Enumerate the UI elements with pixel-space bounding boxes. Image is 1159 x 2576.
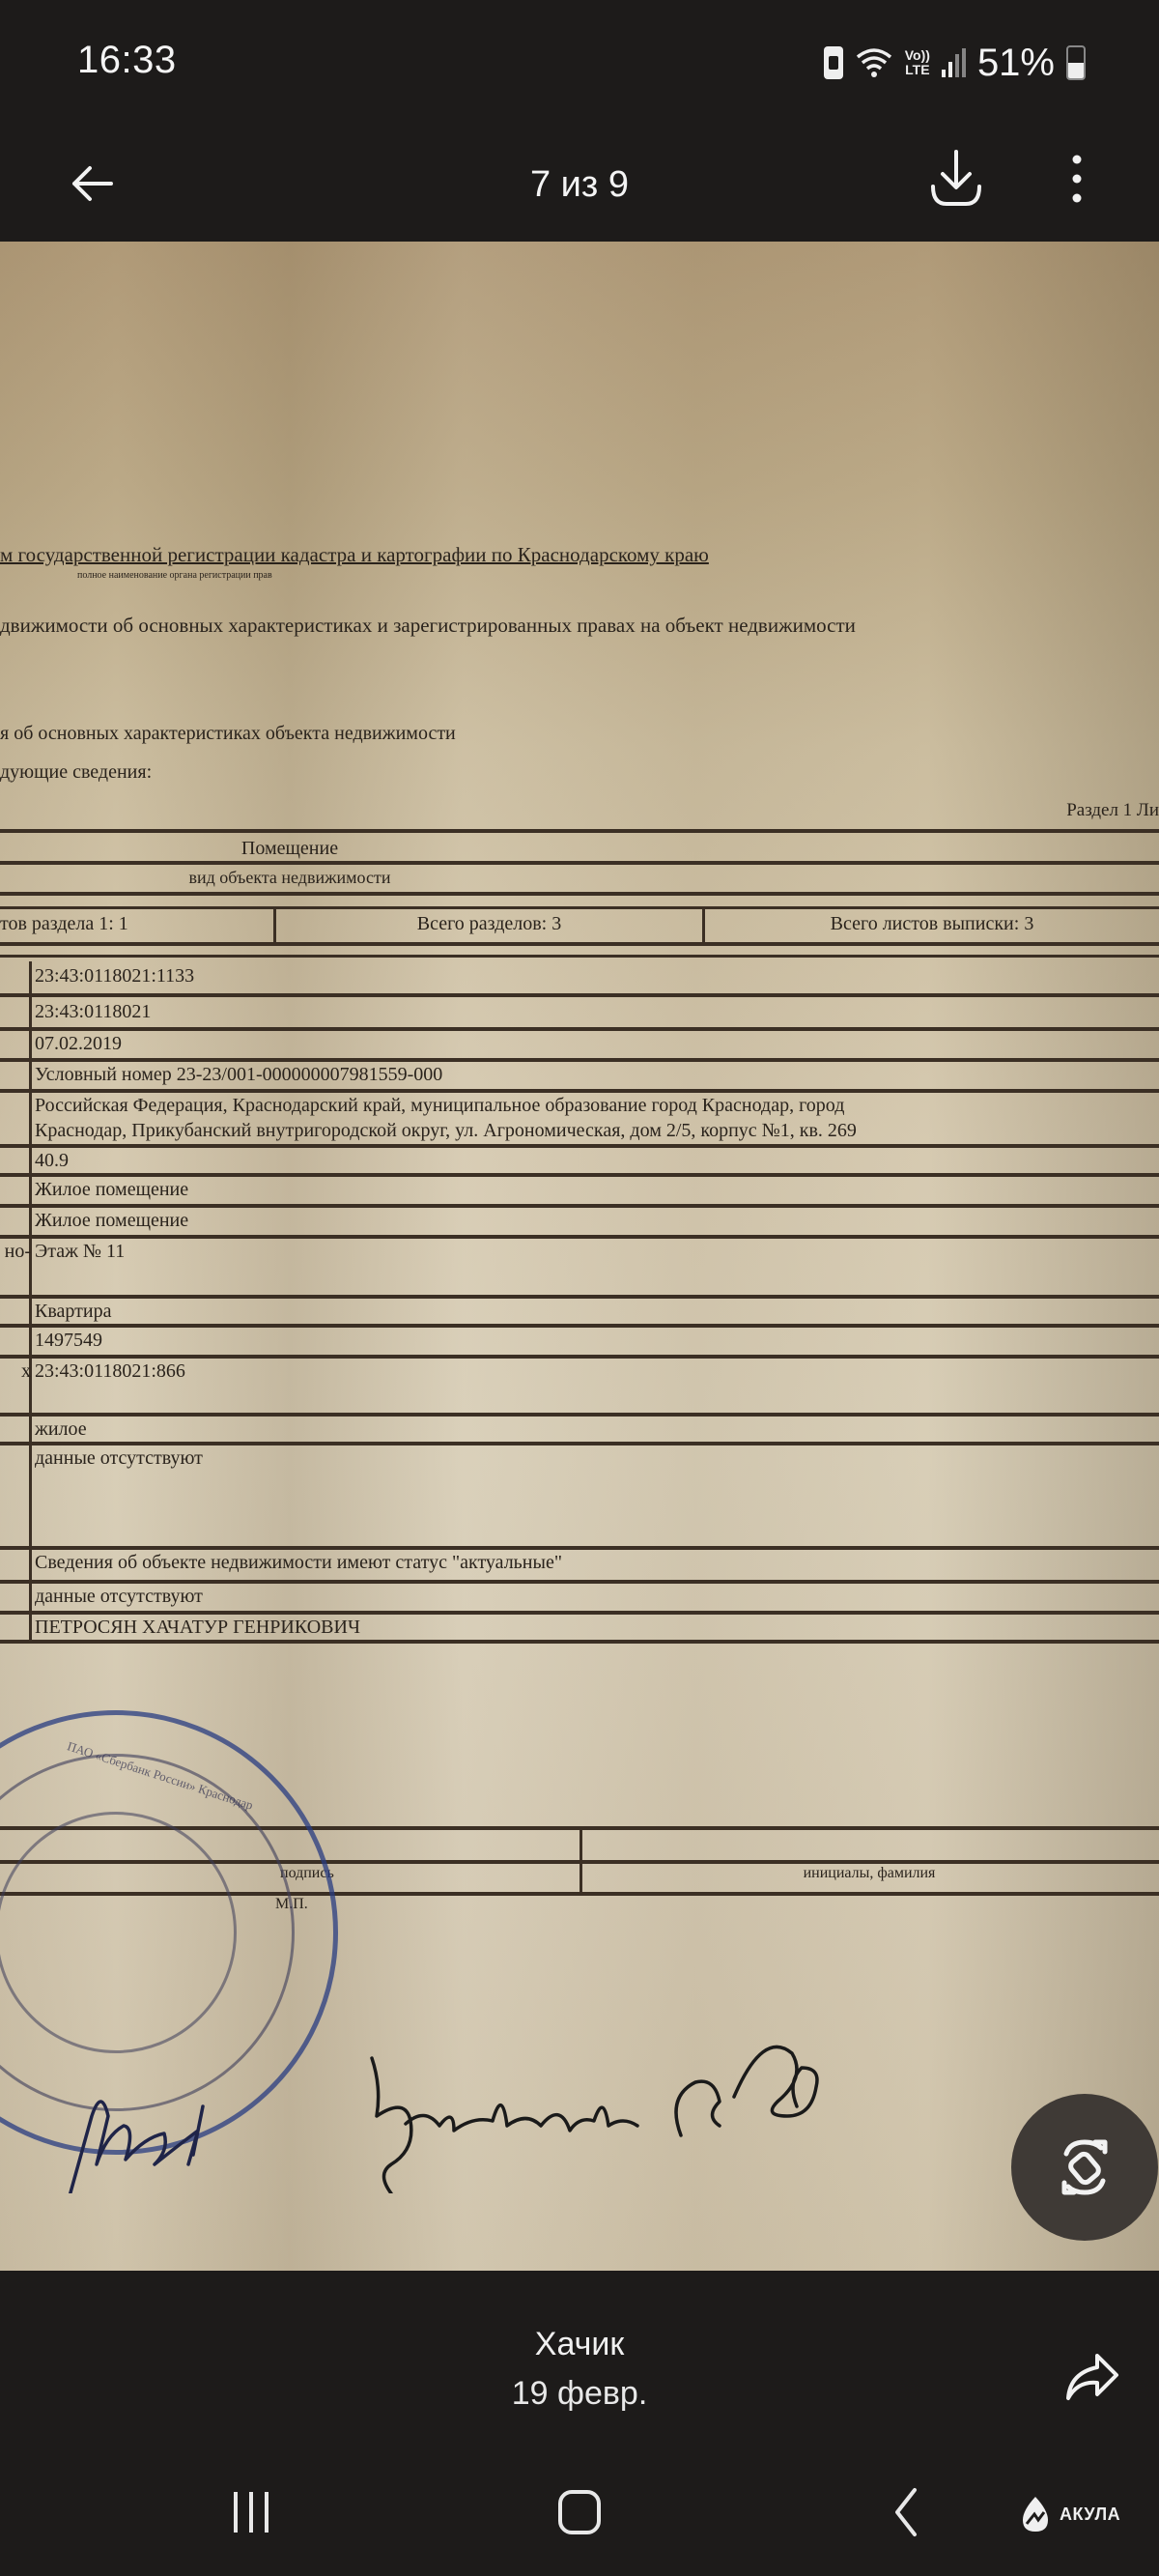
document: м государственной регистрации кадастра и… [0,242,1159,2271]
share-button[interactable] [1058,2343,1125,2411]
row-value: данные отсутствуют [35,1447,203,1470]
row-value: Жилое помещение [35,1210,188,1232]
shark-logo-icon [1019,2495,1052,2533]
row-value: 40.9 [35,1150,69,1172]
total-sheets: Всего листов выписки: 3 [705,913,1159,935]
row-label: но- [0,1241,31,1263]
sent-date: 19 февр. [0,2375,1159,2413]
row-value: Российская Федерация, Краснодарский край… [35,1095,844,1117]
row-value-continued: Краснодар, Прикубанский внутригородской … [35,1120,857,1142]
home-icon [556,2488,603,2536]
following-label: дующие сведения: [0,761,152,784]
row-value: данные отсутствуют [35,1586,203,1608]
bottom-bar: Хачик 19 февр. АКУЛА [0,2271,1159,2576]
nav-home-button[interactable] [551,2483,608,2541]
download-icon [927,148,985,210]
more-vertical-icon [1071,153,1083,205]
watermark-text: АКУЛА [1060,2504,1120,2525]
row-value: Этаж № 11 [35,1241,125,1263]
row-value: Квартира [35,1301,111,1323]
status-time: 16:33 [77,39,177,82]
razdel-label: Раздел 1 Ли [1066,800,1159,821]
volte-label: Vo)) [905,48,930,63]
wifi-icon [855,45,893,80]
org-subnote: полное наименование органа регистрации п… [77,570,272,581]
status-icons: Vo)) LTE 51% [824,39,1086,87]
battery-percent: 51% [977,42,1055,85]
battery-fill [1068,63,1084,78]
document-heading: движимости об основных характеристиках и… [0,614,856,638]
row-value: ПЕТРОСЯН ХАЧАТУР ГЕНРИКОВИЧ [35,1617,360,1639]
app-bar: 7 из 9 [0,126,1159,242]
status-bar: 16:33 Vo)) LTE 51% [0,0,1159,126]
volte-icon: Vo)) LTE [905,48,930,77]
watermark: АКУЛА [1019,2495,1120,2533]
row-value: 07.02.2019 [35,1033,122,1055]
object-type-caption: вид объекта недвижимости [0,868,579,888]
row-value: 23:43:0118021:866 [35,1360,185,1383]
row-value: жилое [35,1418,87,1441]
column-divider [29,961,32,1642]
lte-label: LTE [905,63,930,77]
rotate-screen-icon [1057,2136,1113,2198]
object-type: Помещение [0,838,579,860]
document-photo[interactable]: м государственной регистрации кадастра и… [0,242,1159,2271]
initials-caption: инициалы, фамилия [579,1865,1159,1882]
row-value: Сведения об объекте недвижимости имеют с… [35,1552,562,1574]
sheets-section: тов раздела 1: 1 [0,913,128,935]
row-value: 23:43:0118021 [35,1001,151,1023]
signal-icon [942,48,966,77]
row-value: Условный номер 23-23/001-000000007981559… [35,1064,442,1086]
handwritten-signature [0,1884,1159,2193]
row-value: 23:43:0118021:1133 [35,965,194,987]
nav-recents-button[interactable] [224,2483,278,2541]
row-value: 1497549 [35,1330,102,1352]
battery-saver-icon [824,46,843,79]
sender-name: Хачик [0,2326,1159,2363]
row-value: Жилое помещение [35,1179,188,1201]
section-title: я об основных характеристиках объекта не… [0,723,456,745]
total-sections: Всего разделов: 3 [276,913,702,935]
org-title: м государственной регистрации кадастра и… [0,543,709,567]
download-button[interactable] [918,140,995,217]
rotate-screen-button[interactable] [1011,2094,1158,2241]
row-label: х [0,1360,31,1383]
battery-icon [1066,45,1086,80]
recents-icon [230,2488,272,2536]
share-icon [1062,2350,1120,2404]
nav-back-icon [891,2486,920,2538]
nav-back-button[interactable] [879,2483,933,2541]
more-options-button[interactable] [1053,140,1101,217]
